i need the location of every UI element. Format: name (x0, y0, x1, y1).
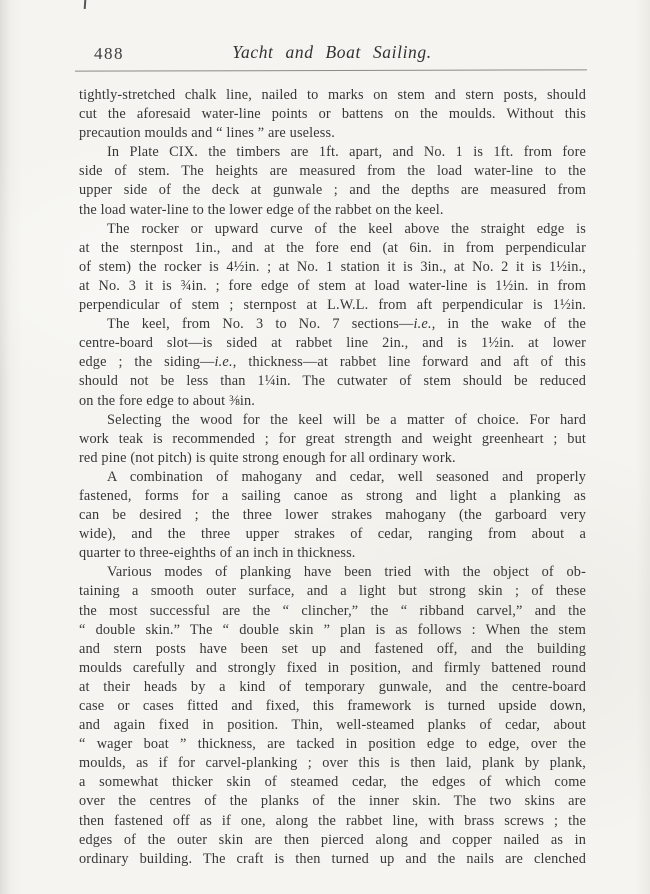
text-line: centre-board slot—is sided at rabbet lin… (79, 334, 586, 353)
text-line: at the sternpost 1in., and at the fore e… (79, 239, 586, 258)
text-line: “ wager boat ” thickness, are tacked in … (79, 735, 586, 754)
text-line: tightly-stretched chalk line, nailed to … (79, 86, 586, 105)
text-line: Selecting the wood for the keel will be … (79, 411, 586, 430)
text-line: the most successful are the “ clincher,”… (79, 602, 586, 621)
text-line: The rocker or upward curve of the keel a… (79, 220, 586, 239)
text-line: a somewhat thicker skin of steamed cedar… (79, 773, 586, 792)
page-body: tightly-stretched chalk line, nailed to … (79, 86, 586, 869)
text-line: side of stem. The heights are measured f… (79, 162, 586, 181)
text-line: upper side of the deck at gunwale ; and … (79, 181, 586, 200)
header-rule (75, 69, 587, 71)
text-line: and again fixed in position. Thin, well-… (79, 716, 586, 735)
text-line: red pine (not pitch) is quite strong eno… (79, 449, 586, 468)
text-line: then fastened off as if one, along the r… (79, 812, 586, 831)
text-line: over the centres of the planks of the in… (79, 792, 586, 811)
text-line: at their heads by a kind of temporary gu… (79, 678, 586, 697)
text-line: the load water-line to the lower edge of… (79, 201, 586, 220)
text-line: edge ; the siding—i.e., thickness—at rab… (79, 353, 586, 372)
text-line: case or cases fitted and fixed, this fra… (79, 697, 586, 716)
text-line: precaution moulds and “ lines ” are usel… (79, 124, 586, 143)
text-line: A combination of mahogany and cedar, wel… (79, 468, 586, 487)
text-line: moulds, as if for carvel-planking ; over… (79, 754, 586, 773)
text-line: wide), and the three upper strakes of ce… (79, 525, 586, 544)
text-line: on the fore edge to about ⅜in. (79, 392, 586, 411)
text-line: moulds carefully and strongly fixed in p… (79, 659, 586, 678)
text-line: The keel, from No. 3 to No. 7 sections—i… (79, 315, 586, 334)
text-line: Various modes of planking have been trie… (79, 563, 586, 582)
text-line: perpendicular of stem ; sternpost at L.W… (79, 296, 586, 315)
page-header: 488 Yacht and Boat Sailing. (78, 42, 586, 68)
running-title: Yacht and Boat Sailing. (78, 42, 586, 63)
text-line: taining a smooth outer surface, and a li… (79, 582, 586, 601)
text-line: cut the aforesaid water-line points or b… (79, 105, 586, 124)
text-line: “ double skin.” The “ double skin ” plan… (79, 621, 586, 640)
scan-artifact-mark (84, 0, 87, 9)
text-line: In Plate CIX. the timbers are 1ft. apart… (79, 143, 586, 162)
text-line: edges of the outer skin are then pierced… (79, 831, 586, 850)
book-page: 488 Yacht and Boat Sailing. tightly-stre… (0, 0, 650, 894)
text-line: work teak is recommended ; for great str… (79, 430, 586, 449)
text-line: at No. 3 it is ¾in. ; fore edge of stem … (79, 277, 586, 296)
text-line: can be desired ; the three lower strakes… (79, 506, 586, 525)
text-line: quarter to three-eighths of an inch in t… (79, 544, 586, 563)
text-line: ordinary building. The craft is then tur… (79, 850, 586, 869)
text-line: should not be less than 1¼in. The cutwat… (79, 372, 586, 391)
text-line: and stern posts have been set up and fas… (79, 640, 586, 659)
text-line: fastened, forms for a sailing canoe as s… (79, 487, 586, 506)
text-line: of stem) the rocker is 4½in. ; at No. 1 … (79, 258, 586, 277)
